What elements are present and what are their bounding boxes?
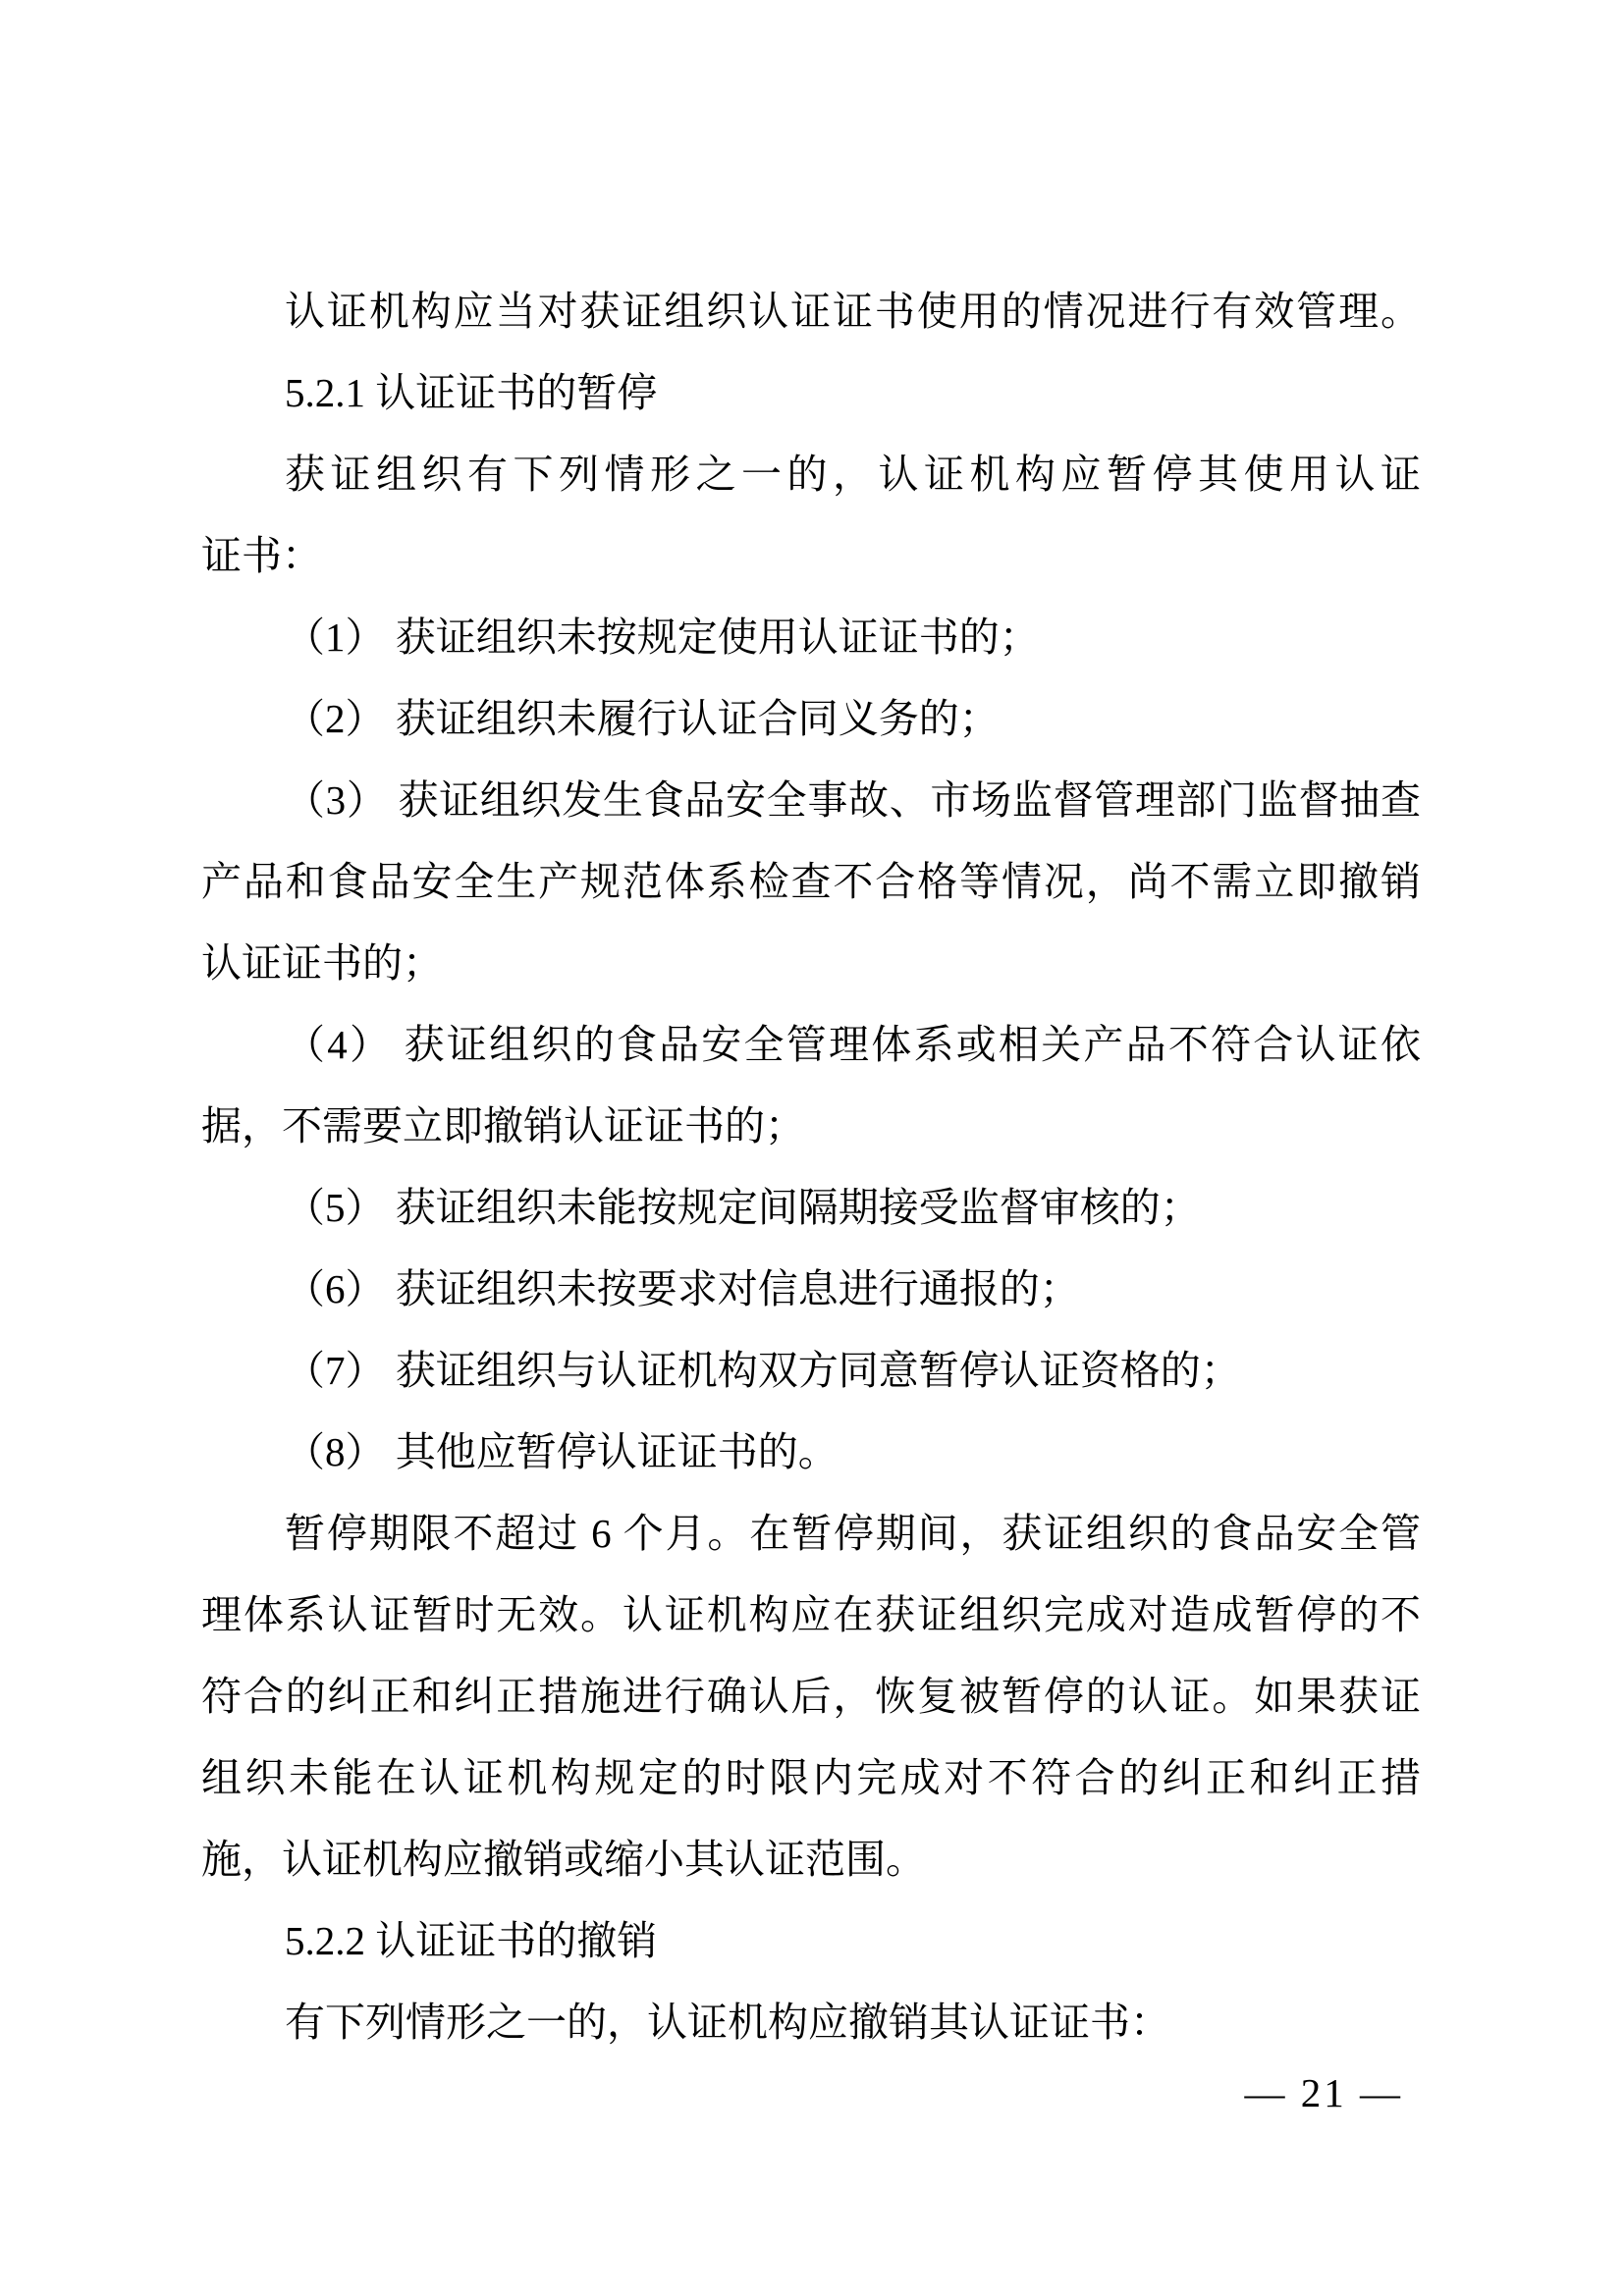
text-line: 认证机构应当对获证组织认证证书使用的情况进行有效管理。 xyxy=(201,271,1421,352)
text-line: 符合的纠正和纠正措施进行确认后，恢复被暂停的认证。如果获证 xyxy=(201,1656,1421,1737)
text-line: 施，认证机构应撤销或缩小其认证范围。 xyxy=(201,1819,1421,1900)
text-line: 获证组织有下列情形之一的，认证机构应暂停其使用认证 xyxy=(201,434,1421,515)
text-line: 据，不需要立即撤销认证证书的； xyxy=(201,1086,1421,1167)
text-line: （7） 获证组织与认证机构双方同意暂停认证资格的； xyxy=(201,1330,1421,1412)
text-line: （8） 其他应暂停认证证书的。 xyxy=(201,1412,1421,1493)
page-number: — 21 — xyxy=(1245,2067,1404,2118)
text-line: （2） 获证组织未履行认证合同义务的； xyxy=(201,678,1421,760)
text-line: （6） 获证组织未按要求对信息进行通报的； xyxy=(201,1249,1421,1330)
text-line: 理体系认证暂时无效。认证机构应在获证组织完成对造成暂停的不 xyxy=(201,1575,1421,1656)
text-line: （5） 获证组织未能按规定间隔期接受监督审核的； xyxy=(201,1167,1421,1249)
text-line: （4） 获证组织的食品安全管理体系或相关产品不符合认证依 xyxy=(201,1004,1421,1086)
text-line: （1） 获证组织未按规定使用认证证书的； xyxy=(201,597,1421,678)
text-line: （3） 获证组织发生食品安全事故、市场监督管理部门监督抽查 xyxy=(201,760,1421,841)
text-line: 5.2.1 认证证书的暂停 xyxy=(201,352,1421,434)
text-line: 产品和食品安全生产规范体系检查不合格等情况，尚不需立即撤销 xyxy=(201,841,1421,923)
document-page: 认证机构应当对获证组织认证证书使用的情况进行有效管理。5.2.1 认证证书的暂停… xyxy=(0,0,1624,2296)
text-line: 暂停期限不超过 6 个月。在暂停期间，获证组织的食品安全管 xyxy=(201,1493,1421,1575)
text-line: 认证证书的； xyxy=(201,923,1421,1004)
text-block: 认证机构应当对获证组织认证证书使用的情况进行有效管理。5.2.1 认证证书的暂停… xyxy=(201,271,1421,2063)
text-line: 证书： xyxy=(201,515,1421,597)
text-line: 组织未能在认证机构规定的时限内完成对不符合的纠正和纠正措 xyxy=(201,1737,1421,1819)
text-line: 有下列情形之一的，认证机构应撤销其认证证书： xyxy=(201,1982,1421,2063)
text-line: 5.2.2 认证证书的撤销 xyxy=(201,1900,1421,1982)
